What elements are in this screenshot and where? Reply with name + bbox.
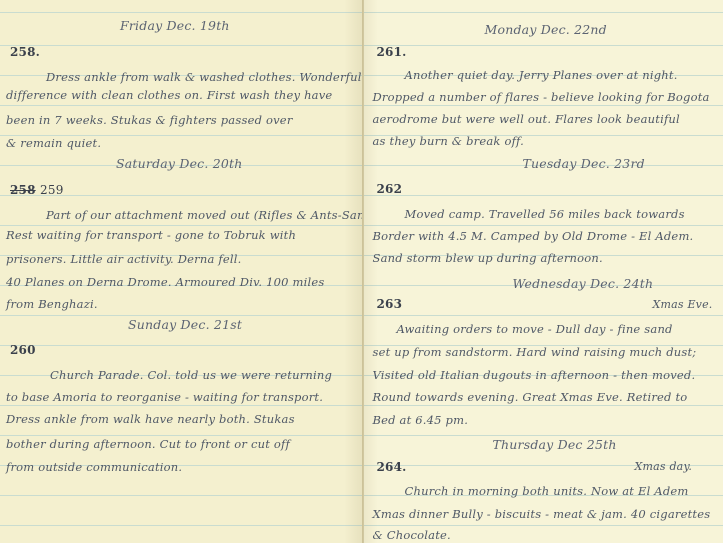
struck-entry-number: 258	[10, 183, 36, 197]
entry-line: Another quiet day. Jerry Planes over at …	[404, 68, 677, 82]
entry-line: Xmas dinner Bully - biscuits - meat & ja…	[372, 507, 710, 521]
entry-line: been in 7 weeks. Stukas & fighters passe…	[6, 113, 293, 127]
entry-line: Church Parade. Col. told us we were retu…	[50, 368, 332, 382]
entry-line: Dropped a number of flares - believe loo…	[372, 90, 709, 104]
entry-line: from outside communication.	[6, 460, 182, 474]
entry-line: & Chocolate.	[372, 528, 450, 542]
entry-line: set up from sandstorm. Hard wind raising…	[372, 345, 696, 359]
entry-date-heading: Wednesday Dec. 24th	[512, 276, 653, 291]
entry-line: Church in morning both units. Now at El …	[404, 484, 688, 498]
entry-number: 262	[376, 182, 402, 196]
entry-line: as they burn & break off.	[372, 134, 523, 148]
entry-line: Sand storm blew up during afternoon.	[372, 251, 602, 265]
entry-line: Awaiting orders to move - Dull day - fin…	[396, 322, 672, 336]
entry-line: difference with clean clothes on. First …	[6, 88, 332, 102]
entry-line: to base Amoria to reorganise - waiting f…	[6, 390, 323, 404]
entry-line: & remain quiet.	[6, 136, 101, 150]
entry-line: Border with 4.5 M. Camped by Old Drome -…	[372, 229, 693, 243]
entry-date-heading: Friday Dec. 19th	[120, 18, 230, 33]
entry-line: Moved camp. Travelled 56 miles back towa…	[404, 207, 684, 221]
right-page: Monday Dec. 22nd 261. Another quiet day.…	[364, 0, 723, 543]
entry-number: 261.	[376, 45, 406, 59]
entry-line: from Benghazi.	[6, 297, 98, 311]
entry-line: Dress ankle from walk & washed clothes. …	[46, 70, 362, 84]
left-page: Friday Dec. 19th 258. Dress ankle from w…	[0, 0, 362, 543]
entry-number: 264.	[376, 460, 406, 474]
entry-number: 263	[376, 297, 402, 311]
entry-line: Bed at 6.45 pm.	[372, 413, 468, 427]
entry-line: Part of our attachment moved out (Rifles…	[46, 208, 362, 222]
entry-number: 258.	[10, 45, 40, 59]
entry-line: prisoners. Little air activity. Derna fe…	[6, 252, 241, 266]
entry-date-heading: Sunday Dec. 21st	[128, 317, 242, 332]
entry-date-heading: Saturday Dec. 20th	[116, 156, 243, 171]
entry-date-heading: Tuesday Dec. 23rd	[522, 156, 644, 171]
entry-number: 260	[10, 343, 36, 357]
entry-side-note: Xmas day.	[634, 460, 692, 473]
entry-line: 40 Planes on Derna Drome. Armoured Div. …	[6, 275, 325, 289]
entry-line: Dress ankle from walk have nearly both. …	[6, 412, 295, 426]
entry-date-heading: Monday Dec. 22nd	[484, 22, 606, 37]
diary-spread: Friday Dec. 19th 258. Dress ankle from w…	[0, 0, 723, 543]
entry-date-heading: Thursday Dec 25th	[492, 437, 616, 452]
entry-line: Visited old Italian dugouts in afternoon…	[372, 368, 695, 382]
entry-line: Round towards evening. Great Xmas Eve. R…	[372, 390, 687, 404]
entry-line: aerodrome but were well out. Flares look…	[372, 112, 679, 126]
entry-line: bother during afternoon. Cut to front or…	[6, 437, 290, 451]
entry-line: Rest waiting for transport - gone to Tob…	[6, 228, 296, 242]
entry-side-note: Xmas Eve.	[652, 298, 712, 311]
entry-number: 258 259	[10, 183, 64, 197]
